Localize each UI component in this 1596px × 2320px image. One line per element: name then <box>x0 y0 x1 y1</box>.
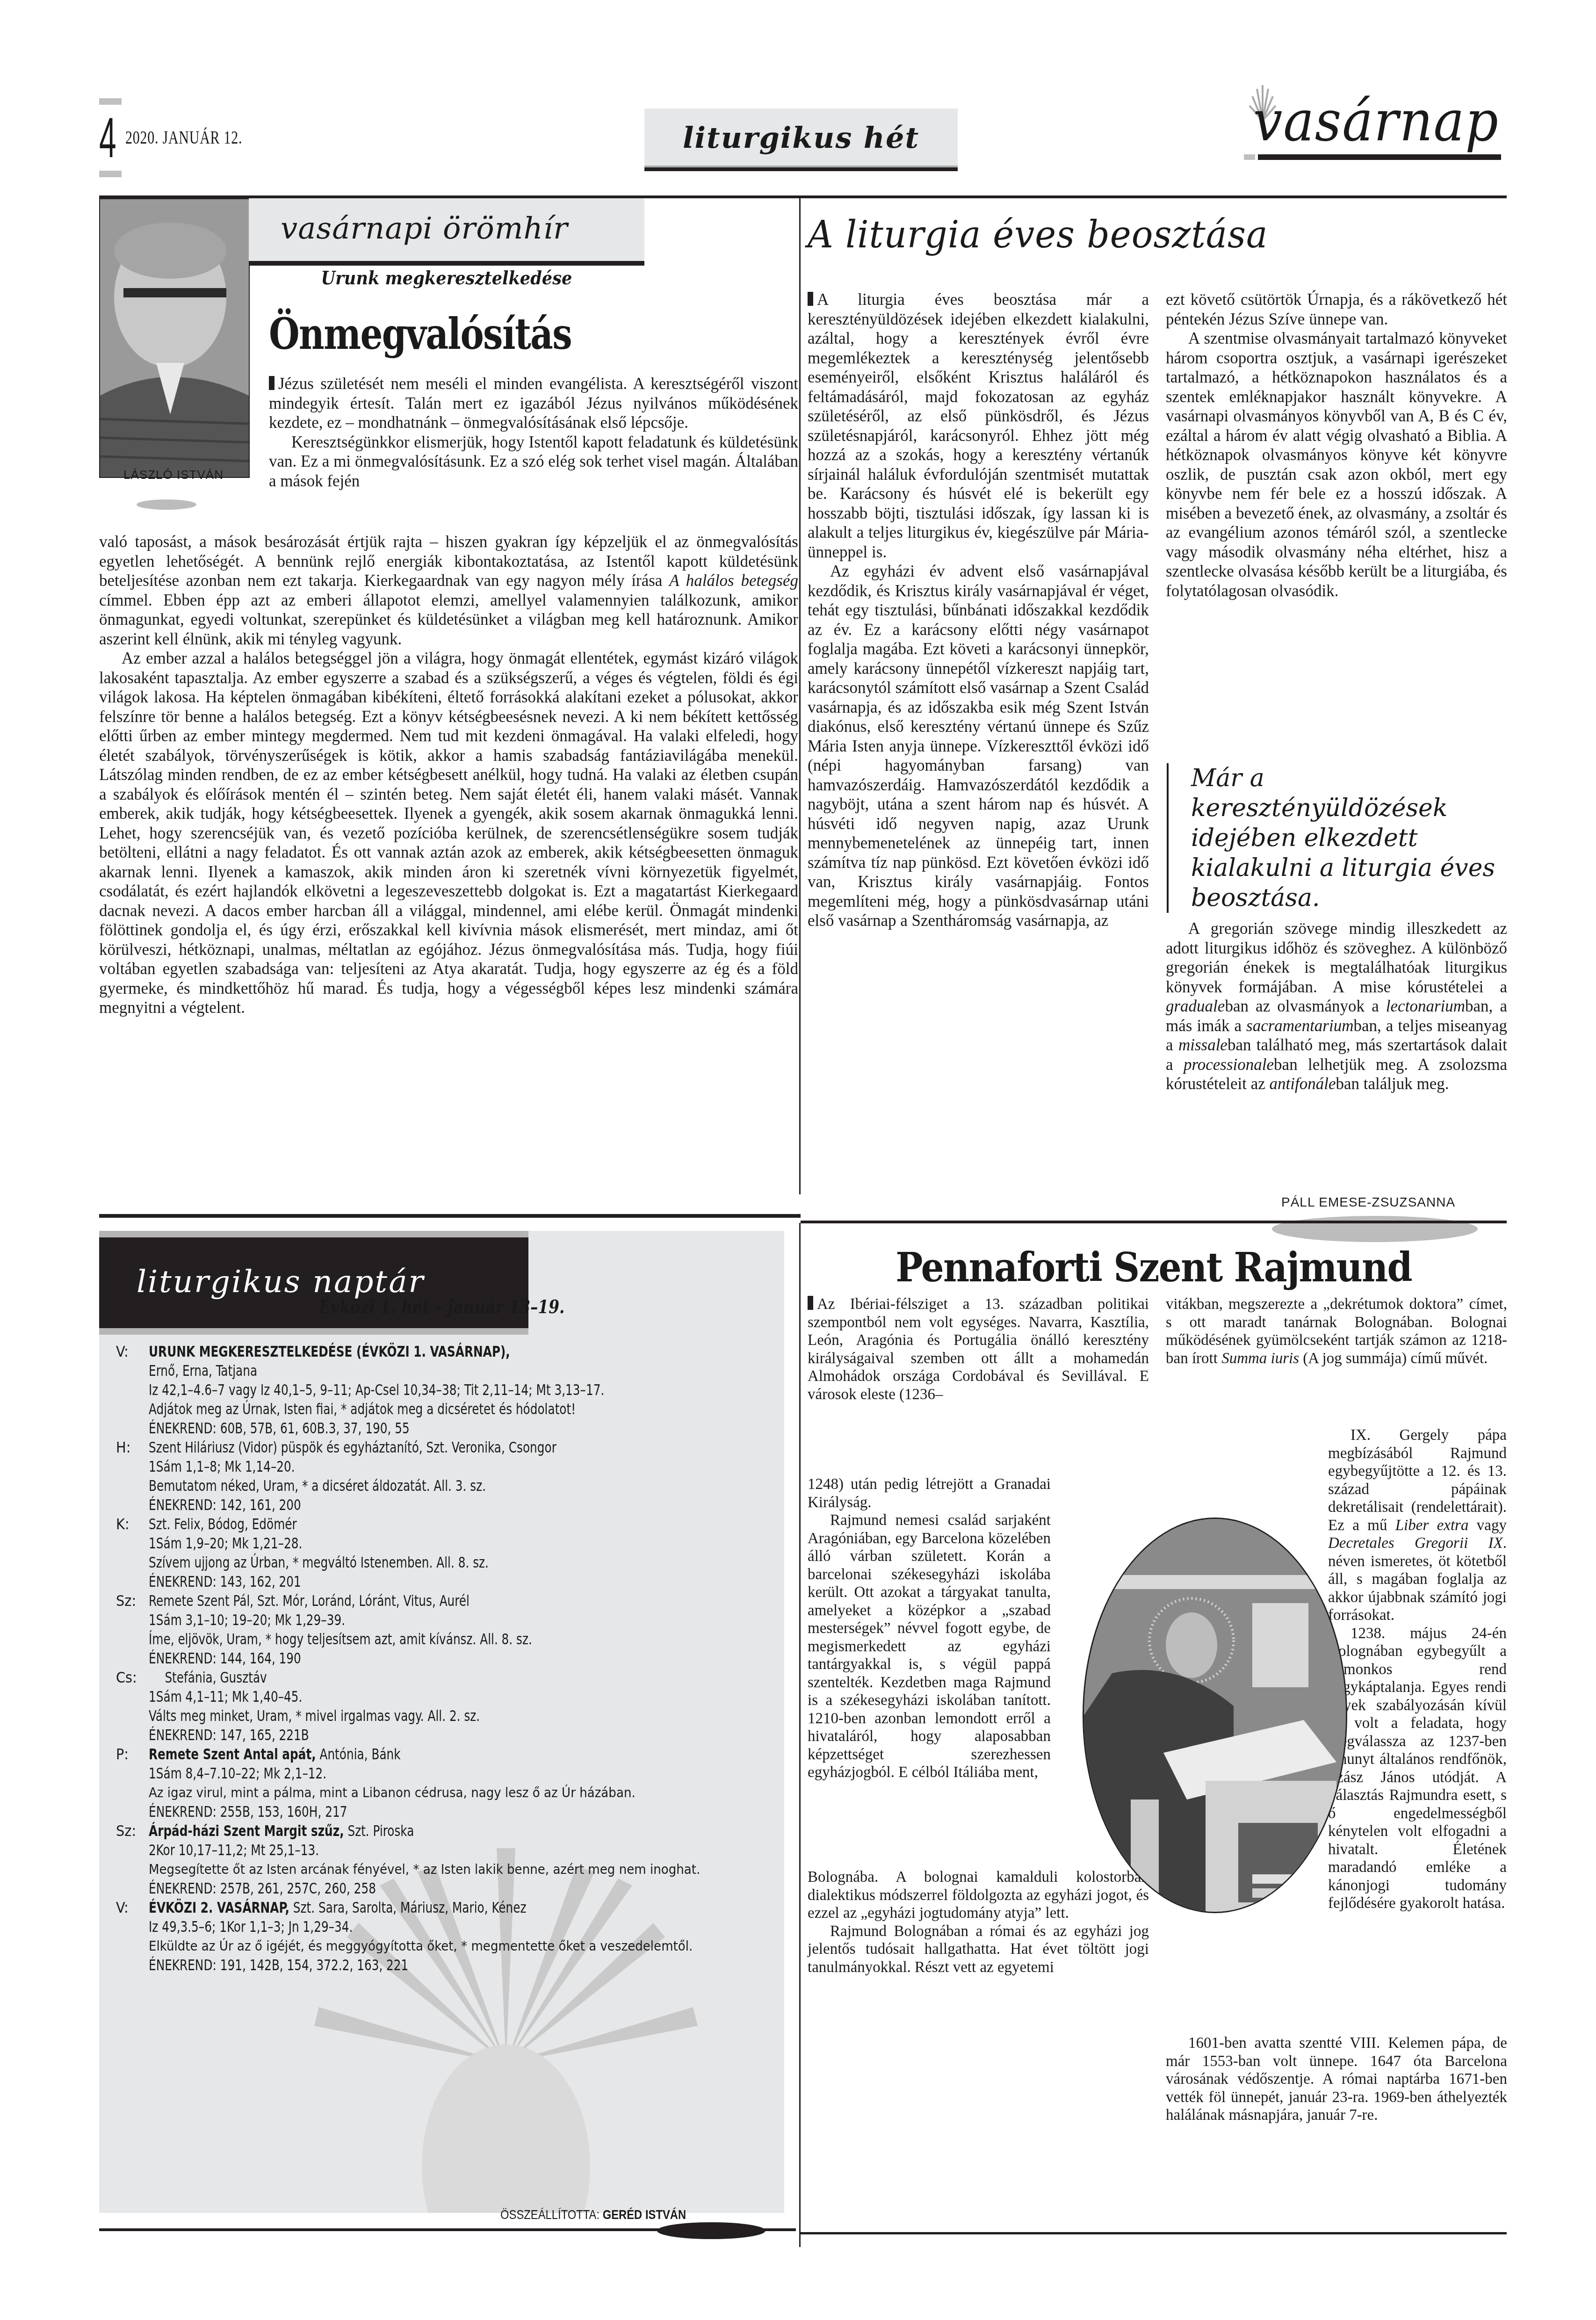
readings: 2Kor 10,17–11,2; Mt 25,1–13. <box>149 1841 684 1860</box>
compiled-name: GERÉD ISTVÁN <box>603 2207 686 2222</box>
name-days: Szt. Sara, Sarolta, Máriusz, Mario, Kéne… <box>289 1899 526 1916</box>
feast-name: URUNK MEGKERESZTELKEDÉSE (ÉVKÖZI 1. VASÁ… <box>149 1343 510 1360</box>
hymn-order: ÉNEKREND: 142, 161, 200 <box>149 1496 684 1515</box>
calendar-day: Cs: Stefánia, Gusztáv 1Sám 4,1–11; Mk 1,… <box>116 1668 771 1745</box>
article-paragraph: 1238. május 24-én Bolognában egybegyűlt … <box>1328 1625 1507 1912</box>
article-paragraph: Rajmund Bolognában a római és az egyházi… <box>808 1923 1149 1976</box>
article-paragraph: Keresztségünkkor elismerjük, hogy Istent… <box>269 433 798 490</box>
article-paragraph: Rajmund nemesi család sarjaként Aragóniá… <box>808 1512 1051 1781</box>
page-number-bar-bottom <box>99 171 122 177</box>
author-name: LÁSZLÓ ISTVÁN <box>99 468 248 482</box>
column-kicker: vasárnapi örömhír <box>249 198 644 266</box>
article-column-1-wrap: 1248) után pedig létrejött a Granadai Ki… <box>808 1475 1051 1782</box>
article-paragraph: Bolognába. A bolognai kamalduli kolostor… <box>808 1869 1149 1922</box>
paragraph-marker <box>808 1296 813 1310</box>
psalm: Válts meg minket, Uram, * mivel irgalmas… <box>149 1706 684 1726</box>
calendar-week: Évközi 1. hét – január 13–19. <box>161 1293 722 1321</box>
psalm: Az igaz virul, mint a pálma, mint a Liba… <box>149 1783 771 1802</box>
kicker-title: vasárnapi örömhír <box>249 198 644 259</box>
term-sacramentarium: sacramentarium <box>1246 1017 1353 1035</box>
article-column-2: ezt követő csütörtök Úrnapja, és a ráköv… <box>1166 290 1507 600</box>
article-text: A gregorián szövege mindig illeszkedett … <box>1166 919 1507 996</box>
day-label: V: <box>116 1342 149 1438</box>
day-label: P: <box>116 1745 149 1821</box>
article-text: ban találjuk meg. <box>1336 1075 1449 1093</box>
term-lectonarium: lectonarium <box>1386 997 1465 1015</box>
saint-writing-image <box>1084 1519 1346 1912</box>
day-label: Cs: <box>116 1668 149 1745</box>
term-missale: missale <box>1178 1036 1228 1054</box>
work-title: Liber extra <box>1395 1517 1469 1534</box>
article-column-1: Az Ibériai-félsziget a 13. században pol… <box>808 1295 1149 1403</box>
day-label: V: <box>116 1898 149 1975</box>
column-divider-bottom <box>799 1223 801 2247</box>
hymn-order: ÉNEKREND: 147, 165, 221B <box>149 1726 684 1745</box>
hymn-order: ÉNEKREND: 255B, 153, 160H, 217 <box>149 1802 684 1821</box>
compiled-by: ÖSSZEÁLLÍTOTTA: GERÉD ISTVÁN <box>500 2207 686 2222</box>
psalm: Bemutatom néked, Uram, * a dicséret áldo… <box>149 1476 684 1496</box>
brand-name: vasárnap <box>1253 89 1499 154</box>
name-days: Szent Hiláriusz (Vidor) püspök és egyház… <box>149 1438 684 1457</box>
author-divider-oval <box>137 499 196 510</box>
article-body-bottom: való taposást, a mások besározását értjü… <box>99 532 798 1018</box>
article-paragraph: 1248) után pedig létrejött a Granadai Ki… <box>808 1476 1051 1511</box>
readings: 1Sám 8,4–7.10–22; Mk 2,1–12. <box>149 1764 684 1783</box>
feast-name: Árpád-házi Szent Margit szűz, <box>149 1822 344 1840</box>
section-tab: liturgikus hét <box>644 108 958 171</box>
article-text: vagy <box>1468 1517 1507 1534</box>
article-column-1-bottom: Bolognába. A bolognai kamalduli kolostor… <box>808 1868 1149 1976</box>
author-photo <box>99 198 250 478</box>
day-label: Sz: <box>116 1821 149 1898</box>
saint-illustration <box>1083 1518 1347 1913</box>
work-title: Decretales Gregorii IX <box>1328 1535 1503 1552</box>
hymn-order: ÉNEKREND: 143, 162, 201 <box>149 1572 684 1591</box>
article-headline: Pennaforti Szent Rajmund <box>836 1244 1472 1291</box>
article-column-2: vitákban, megszerezte a „dekrétumok dokt… <box>1166 1295 1507 1367</box>
calendar-day: V: URUNK MEGKERESZTELKEDÉSE (ÉVKÖZI 1. V… <box>116 1342 771 1438</box>
pull-quote: Már a keresztényüldözések idejében elkez… <box>1167 763 1528 913</box>
article-column-2-wrap: IX. Gergely pápa megbízásából Rajmund eg… <box>1328 1426 1507 1913</box>
calendar-day: Sz: Remete Szent Pál, Szt. Mór, Loránd, … <box>116 1591 771 1668</box>
psalm: Adjátok meg az Úrnak, Isten fiai, * adjá… <box>149 1400 684 1419</box>
article-paragraph: Az Ibériai-félsziget a 13. században pol… <box>808 1296 1149 1403</box>
article-paragraph: 1601-ben avatta szentté VIII. Kelemen pá… <box>1166 2035 1507 2124</box>
article-body-top: Jézus születését nem meséli el minden ev… <box>269 374 798 491</box>
day-label: H: <box>116 1438 149 1515</box>
article-paragraph: A szentmise olvasmányait tartalmazó köny… <box>1166 329 1507 600</box>
paragraph-marker <box>808 292 813 306</box>
calendar-day: K: Szt. Felix, Bódog, Edömér 1Sám 1,9–20… <box>116 1515 771 1591</box>
day-label: Sz: <box>116 1591 149 1668</box>
portrait-image <box>100 199 249 477</box>
article-paragraph: Az egyházi év advent első vasárnapjával … <box>808 562 1149 930</box>
article-paragraph: A liturgia éves beosztása már a kereszté… <box>808 290 1149 561</box>
compiled-label: ÖSSZEÁLLÍTOTTA: <box>500 2207 599 2222</box>
psalm: Szívem ujjong az Úrban, * megváltó Isten… <box>149 1553 684 1572</box>
brand-bar-square <box>1244 154 1255 160</box>
readings: Iz 49,3.5–6; 1Kor 1,1–3; Jn 1,29–34. <box>149 1917 684 1937</box>
article-paragraph: címmel. Ebben épp azt az emberi állapoto… <box>99 591 798 648</box>
book-title: A halálos betegség <box>669 571 798 590</box>
page-number-bar-top <box>99 98 122 105</box>
bottom-divider-oval <box>657 2222 766 2239</box>
section-title: liturgikus hét <box>644 108 958 167</box>
article-paragraph: ezt követő csütörtök Úrnapja, és a ráköv… <box>1166 290 1507 328</box>
issue-date: 2020. JANUÁR 12. <box>125 126 242 148</box>
brand-bar <box>1258 154 1501 160</box>
article-paragraph: Az ember azzal a halálos betegséggel jön… <box>99 649 798 1017</box>
hymn-order: ÉNEKREND: 191, 142B, 154, 372.2, 163, 22… <box>149 1956 684 1975</box>
psalm: Íme, eljövök, Uram, * hogy teljesítsem a… <box>149 1630 684 1649</box>
psalm: Megsegítette őt az Isten arcának fényéve… <box>149 1860 771 1879</box>
name-days: Stefánia, Gusztáv <box>149 1668 684 1687</box>
article-column-1: A liturgia éves beosztása már a kereszté… <box>808 290 1149 931</box>
hymn-order: ÉNEKREND: 257B, 261, 257C, 260, 258 <box>149 1879 684 1898</box>
name-days: Szt. Piroska <box>344 1822 414 1840</box>
readings: 1Sám 1,1–8; Mk 1,14–20. <box>149 1457 684 1476</box>
calendar-day: Sz: Árpád-házi Szent Margit szűz, Szt. P… <box>116 1821 771 1898</box>
bottom-rule <box>801 2232 1507 2234</box>
work-title: Summa iuris <box>1221 1350 1299 1367</box>
hymn-order: ÉNEKREND: 144, 164, 190 <box>149 1649 684 1668</box>
section-rule <box>99 1214 801 1218</box>
paragraph-marker <box>269 376 274 390</box>
page-number: 4 <box>99 112 111 164</box>
article-column-2-bottom: 1601-ben avatta szentté VIII. Kelemen pá… <box>1166 2034 1507 2125</box>
term-antifonale: antifonále <box>1270 1075 1336 1093</box>
article-text: (A jog summája) című művét. <box>1299 1350 1488 1367</box>
calendar-day: H: Szent Hiláriusz (Vidor) püspök és egy… <box>116 1438 771 1515</box>
author-name: PÁLL EMESE-ZSUZSANNA <box>1281 1195 1455 1210</box>
article-subtitle: Urunk megkeresztelkedése <box>273 262 621 295</box>
section-rule <box>801 1221 1507 1223</box>
name-days: Remete Szent Pál, Szt. Mór, Loránd, Lórá… <box>149 1591 684 1611</box>
article-headline: Önmegvalósítás <box>269 309 571 359</box>
calendar-day: V: ÉVKÖZI 2. VASÁRNAP, Szt. Sara, Sarolt… <box>116 1898 771 1975</box>
brand-logo: vasárnap <box>1253 84 1506 164</box>
feast-name: ÉVKÖZI 2. VASÁRNAP, <box>149 1899 289 1916</box>
feast-name: Remete Szent Antal apát, <box>149 1745 316 1763</box>
article-headline: A liturgia éves beosztása <box>808 213 1268 256</box>
psalm: Elküldte az Úr az ő igéjét, és meggyógyí… <box>149 1937 771 1956</box>
calendar-list: V: URUNK MEGKERESZTELKEDÉSE (ÉVKÖZI 1. V… <box>116 1342 771 1975</box>
article-text: ban az olvasmányok a <box>1225 997 1386 1015</box>
readings: 1Sám 3,1–10; 19–20; Mk 1,29–39. <box>149 1611 684 1630</box>
term-processionale: processionale <box>1184 1055 1274 1074</box>
hymn-order: ÉNEKREND: 60B, 57B, 61, 60B.3, 37, 190, … <box>149 1419 684 1438</box>
readings: 1Sám 1,9–20; Mk 1,21–28. <box>149 1534 684 1553</box>
author-divider-oval <box>1272 1216 1478 1242</box>
readings: 1Sám 4,1–11; Mk 1,40–45. <box>149 1687 684 1706</box>
readings: Iz 42,1–4.6–7 vagy Iz 40,1–5, 9–11; Ap-C… <box>149 1380 684 1400</box>
name-days: Szt. Felix, Bódog, Edömér <box>149 1515 684 1534</box>
article-paragraph: Jézus születését nem meséli el minden ev… <box>269 375 798 432</box>
name-days: Ernő, Erna, Tatjana <box>149 1361 684 1380</box>
calendar-day: P: Remete Szent Antal apát, Antónia, Bán… <box>116 1745 771 1821</box>
name-days: Antónia, Bánk <box>316 1745 401 1763</box>
article-column-2-continued: A gregorián szövege mindig illeszkedett … <box>1166 919 1507 1094</box>
term-graduale: graduale <box>1166 997 1225 1015</box>
day-label: K: <box>116 1515 149 1591</box>
column-divider-top <box>799 198 801 1194</box>
